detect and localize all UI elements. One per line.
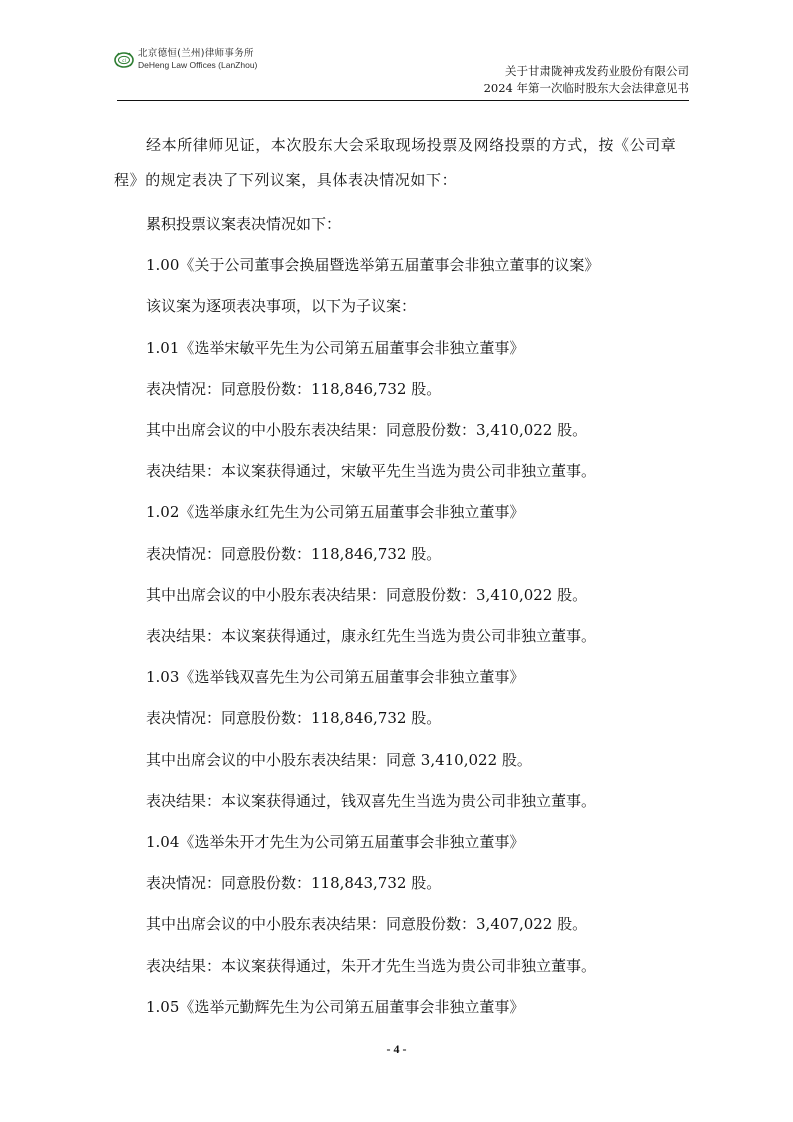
minority-vote-count: 其中出席会议的中小股东表决结果：同意 3,410,022 股。 <box>114 740 689 781</box>
header-divider <box>117 100 689 101</box>
sub-proposal-title: 1.05《选举元勤辉先生为公司第五届董事会非独立董事》 <box>114 987 689 1028</box>
vote-count: 表决情况：同意股份数：118,843,732 股。 <box>114 863 689 904</box>
vote-result: 表决结果：本议案获得通过，朱开才先生当选为贵公司非独立董事。 <box>114 946 689 987</box>
sub-proposal-title: 1.02《选举康永红先生为公司第五届董事会非独立董事》 <box>114 492 689 533</box>
intro-paragraph: 经本所律师见证，本次股东大会采取现场投票及网络投票的方式，按《公司章程》的规定表… <box>114 128 689 198</box>
sub-proposal-title: 1.04《选举朱开才先生为公司第五届董事会非独立董事》 <box>114 822 689 863</box>
page-number: - 4 - <box>0 1042 793 1057</box>
law-firm-logo: cl 北京德恒(兰州)律师事务所 DeHeng Law Offices (Lan… <box>114 48 257 71</box>
page-header: cl 北京德恒(兰州)律师事务所 DeHeng Law Offices (Lan… <box>114 46 689 102</box>
svg-text:cl: cl <box>122 58 126 64</box>
vote-count: 表决情况：同意股份数：118,846,732 股。 <box>114 534 689 575</box>
vote-count: 表决情况：同意股份数：118,846,732 股。 <box>114 369 689 410</box>
vote-count: 表决情况：同意股份数：118,846,732 股。 <box>114 698 689 739</box>
minority-vote-count: 其中出席会议的中小股东表决结果：同意股份数：3,407,022 股。 <box>114 904 689 945</box>
law-firm-name-en: DeHeng Law Offices (LanZhou) <box>138 60 257 71</box>
vote-result: 表决结果：本议案获得通过，康永红先生当选为贵公司非独立董事。 <box>114 616 689 657</box>
vote-result: 表决结果：本议案获得通过，钱双喜先生当选为贵公司非独立董事。 <box>114 781 689 822</box>
document-title-line-1: 关于甘肃陇神戎发药业股份有限公司 <box>484 63 689 80</box>
document-body: 经本所律师见证，本次股东大会采取现场投票及网络投票的方式，按《公司章程》的规定表… <box>114 128 689 1028</box>
vote-result: 表决结果：本议案获得通过，宋敏平先生当选为贵公司非独立董事。 <box>114 451 689 492</box>
sub-proposal-note: 该议案为逐项表决事项，以下为子议案： <box>114 286 689 327</box>
main-proposal-title: 1.00《关于公司董事会换届暨选举第五届董事会非独立董事的议案》 <box>114 245 689 286</box>
sub-proposal-title: 1.03《选举钱双喜先生为公司第五届董事会非独立董事》 <box>114 657 689 698</box>
law-firm-name-cn: 北京德恒(兰州)律师事务所 <box>138 48 257 60</box>
minority-vote-count: 其中出席会议的中小股东表决结果：同意股份数：3,410,022 股。 <box>114 575 689 616</box>
document-title: 关于甘肃陇神戎发药业股份有限公司 2024 年第一次临时股东大会法律意见书 <box>484 63 689 97</box>
law-firm-emblem-icon: cl <box>114 52 134 68</box>
sub-proposal-title: 1.01《选举宋敏平先生为公司第五届董事会非独立董事》 <box>114 328 689 369</box>
minority-vote-count: 其中出席会议的中小股东表决结果：同意股份数：3,410,022 股。 <box>114 410 689 451</box>
cumulative-voting-heading: 累积投票议案表决情况如下： <box>114 204 689 245</box>
document-title-line-2: 2024 年第一次临时股东大会法律意见书 <box>484 80 689 97</box>
